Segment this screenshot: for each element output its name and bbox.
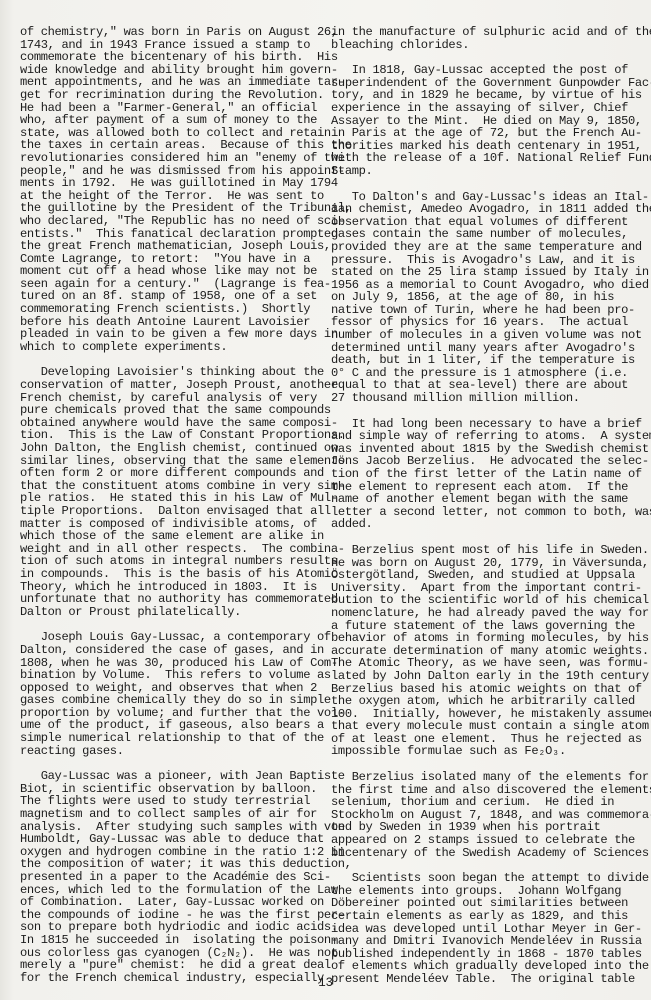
text-line: John Dalton, the English chemist, contin… (20, 442, 320, 455)
text-line: nomenclature, he had already paved the w… (331, 607, 641, 620)
paragraph: Scientists soon began the attempt to div… (331, 872, 641, 985)
text-line: Berzelius isolated many of the elements … (331, 771, 641, 784)
text-line: Stamp. (331, 165, 641, 178)
text-line: Gay-Lussac was a pioneer, with Jean Bapt… (20, 770, 320, 783)
text-line: lated by John Dalton early in the 19th c… (331, 670, 641, 683)
text-line: magnetism and to collect samples of air … (20, 808, 320, 821)
text-line: ments in 1792. He was guillotined in May… (20, 177, 320, 190)
text-line: appeared on 2 stamps issued to celebrate… (331, 834, 641, 847)
text-line: death, but in 1 liter, if the temperatur… (331, 354, 641, 367)
text-line: simple numerical relationship to that of… (20, 732, 320, 745)
text-line: who, after payment of a sum of money to … (20, 114, 320, 127)
page-number: 13 (0, 976, 651, 990)
text-line: In 1818, Gay-Lussac accepted the post of (331, 64, 641, 77)
text-line: pure chemicals proved that the same comp… (20, 404, 320, 417)
paragraph: Developing Lavoisier's thinking about th… (20, 366, 320, 618)
text-line: commemorating French scientists.) Shortl… (20, 303, 320, 316)
text-line: pleaded in vain to be given a few more d… (20, 328, 320, 341)
text-line: of chemistry," was born in Paris on Augu… (20, 26, 320, 39)
document-page: of chemistry," was born in Paris on Augu… (0, 0, 651, 1000)
text-line: Dalton or Proust philatelically. (20, 606, 320, 619)
text-line: number of molecules in a given volume wa… (331, 329, 641, 342)
text-line: impossible formulae such as Fe₂O₃. (331, 745, 641, 758)
text-line: In 1815 he succeeded in isolating the po… (20, 934, 320, 947)
text-line: the oxygen atom, which he arbitrarily ca… (331, 695, 641, 708)
right-column: in the manufacture of sulphuric acid and… (331, 26, 641, 999)
text-line: which those of the same element are alik… (20, 530, 320, 543)
text-line: that every molecule must contain a singl… (331, 720, 641, 733)
text-line: presented in a paper to the Académie des… (20, 871, 320, 884)
text-line: Humboldt, Gay-Lussac was able to deduce … (20, 833, 320, 846)
text-line: commemorate the bicentenary of his birth… (20, 51, 320, 64)
text-line: certain elements as early as 1829, and t… (331, 910, 641, 923)
paragraph: of chemistry," was born in Paris on Augu… (20, 26, 320, 353)
text-line: bicentenary of the Swedish Academy of Sc… (331, 847, 641, 860)
text-line: Dalton, considered the case of gases, an… (20, 644, 320, 657)
text-line: in the manufacture of sulphuric acid and… (331, 26, 641, 39)
text-line: Berzelius spent most of his life in Swed… (331, 544, 641, 557)
text-line: bleaching chlorides. (331, 39, 641, 52)
text-line: on July 9, 1856, at the age of 80, in hi… (331, 291, 641, 304)
left-column: of chemistry," was born in Paris on Augu… (20, 26, 320, 997)
text-line: which to complete experiments. (20, 341, 320, 354)
text-line: letter a second letter, not common to bo… (331, 506, 641, 519)
text-line: the great French mathematician, Joseph L… (20, 240, 320, 253)
text-line: unfortunate that no authority has commem… (20, 593, 320, 606)
text-line: conservation of matter, Joseph Proust, a… (20, 379, 320, 392)
text-line: reacting gases. (20, 745, 320, 758)
text-line: name of another element began with the s… (331, 493, 641, 506)
paragraph: in the manufacture of sulphuric acid and… (331, 26, 641, 51)
text-line: in compounds. This is the basis of his A… (20, 568, 320, 581)
text-line: behavior of atoms in forming molecules, … (331, 632, 641, 645)
text-line: selenium, thorium and cerium. He died in (331, 796, 641, 809)
paragraph: Berzelius spent most of his life in Swed… (331, 544, 641, 758)
text-line: ian chemist, Amedeo Avogadro, in 1811 ad… (331, 203, 641, 216)
text-line: who declared, "The Republic has no need … (20, 215, 320, 228)
paragraph: Gay-Lussac was a pioneer, with Jean Bapt… (20, 770, 320, 984)
text-line: often form 2 or more different compounds… (20, 467, 320, 480)
text-line: merely a "pure" chemist: he did a great … (20, 959, 320, 972)
text-line: added. (331, 518, 641, 531)
text-line: get for recrimination during the Revolut… (20, 89, 320, 102)
paragraph: Berzelius isolated many of the elements … (331, 771, 641, 859)
text-line: with the release of a 10f. National Reli… (331, 152, 641, 165)
paragraph: In 1818, Gay-Lussac accepted the post of… (331, 64, 641, 177)
text-line: tiple Proportions. Dalton envisaged that… (20, 505, 320, 518)
text-line: stated on the 25 lira stamp issued by It… (331, 266, 641, 279)
text-line: Scientists soon began the attempt to div… (331, 872, 641, 885)
text-line: bination by Volume. This refers to volum… (20, 669, 320, 682)
text-line: tion of the first letter of the Latin na… (331, 468, 641, 481)
paragraph: To Dalton's and Gay-Lussac's ideas an It… (331, 191, 641, 405)
paragraph: It had long been necessary to have a bri… (331, 418, 641, 531)
paragraph: Joseph Louis Gay-Lussac, a contemporary … (20, 631, 320, 757)
text-line: moment cut off a head whose like may not… (20, 265, 320, 278)
text-line: experience in the assaying of silver, Ch… (331, 102, 641, 115)
text-line: and simple way of referring to atoms. A … (331, 430, 641, 443)
text-line: in Paris at the age of 72, but the Frenc… (331, 127, 641, 140)
text-line: revolutionaries considered him an "enemy… (20, 152, 320, 165)
text-line: provided they are at the same temperatur… (331, 241, 641, 254)
text-line: of Combination. Later, Gay-Lussac worked… (20, 896, 320, 909)
text-line: many and Dmitri Ivanovich Mendeléev in R… (331, 935, 641, 948)
text-line: Östergötland, Sweden, and studied at Upp… (331, 569, 641, 582)
text-line: 27 thousand million million million. (331, 392, 641, 405)
text-line: gases combine chemically they do so in s… (20, 694, 320, 707)
